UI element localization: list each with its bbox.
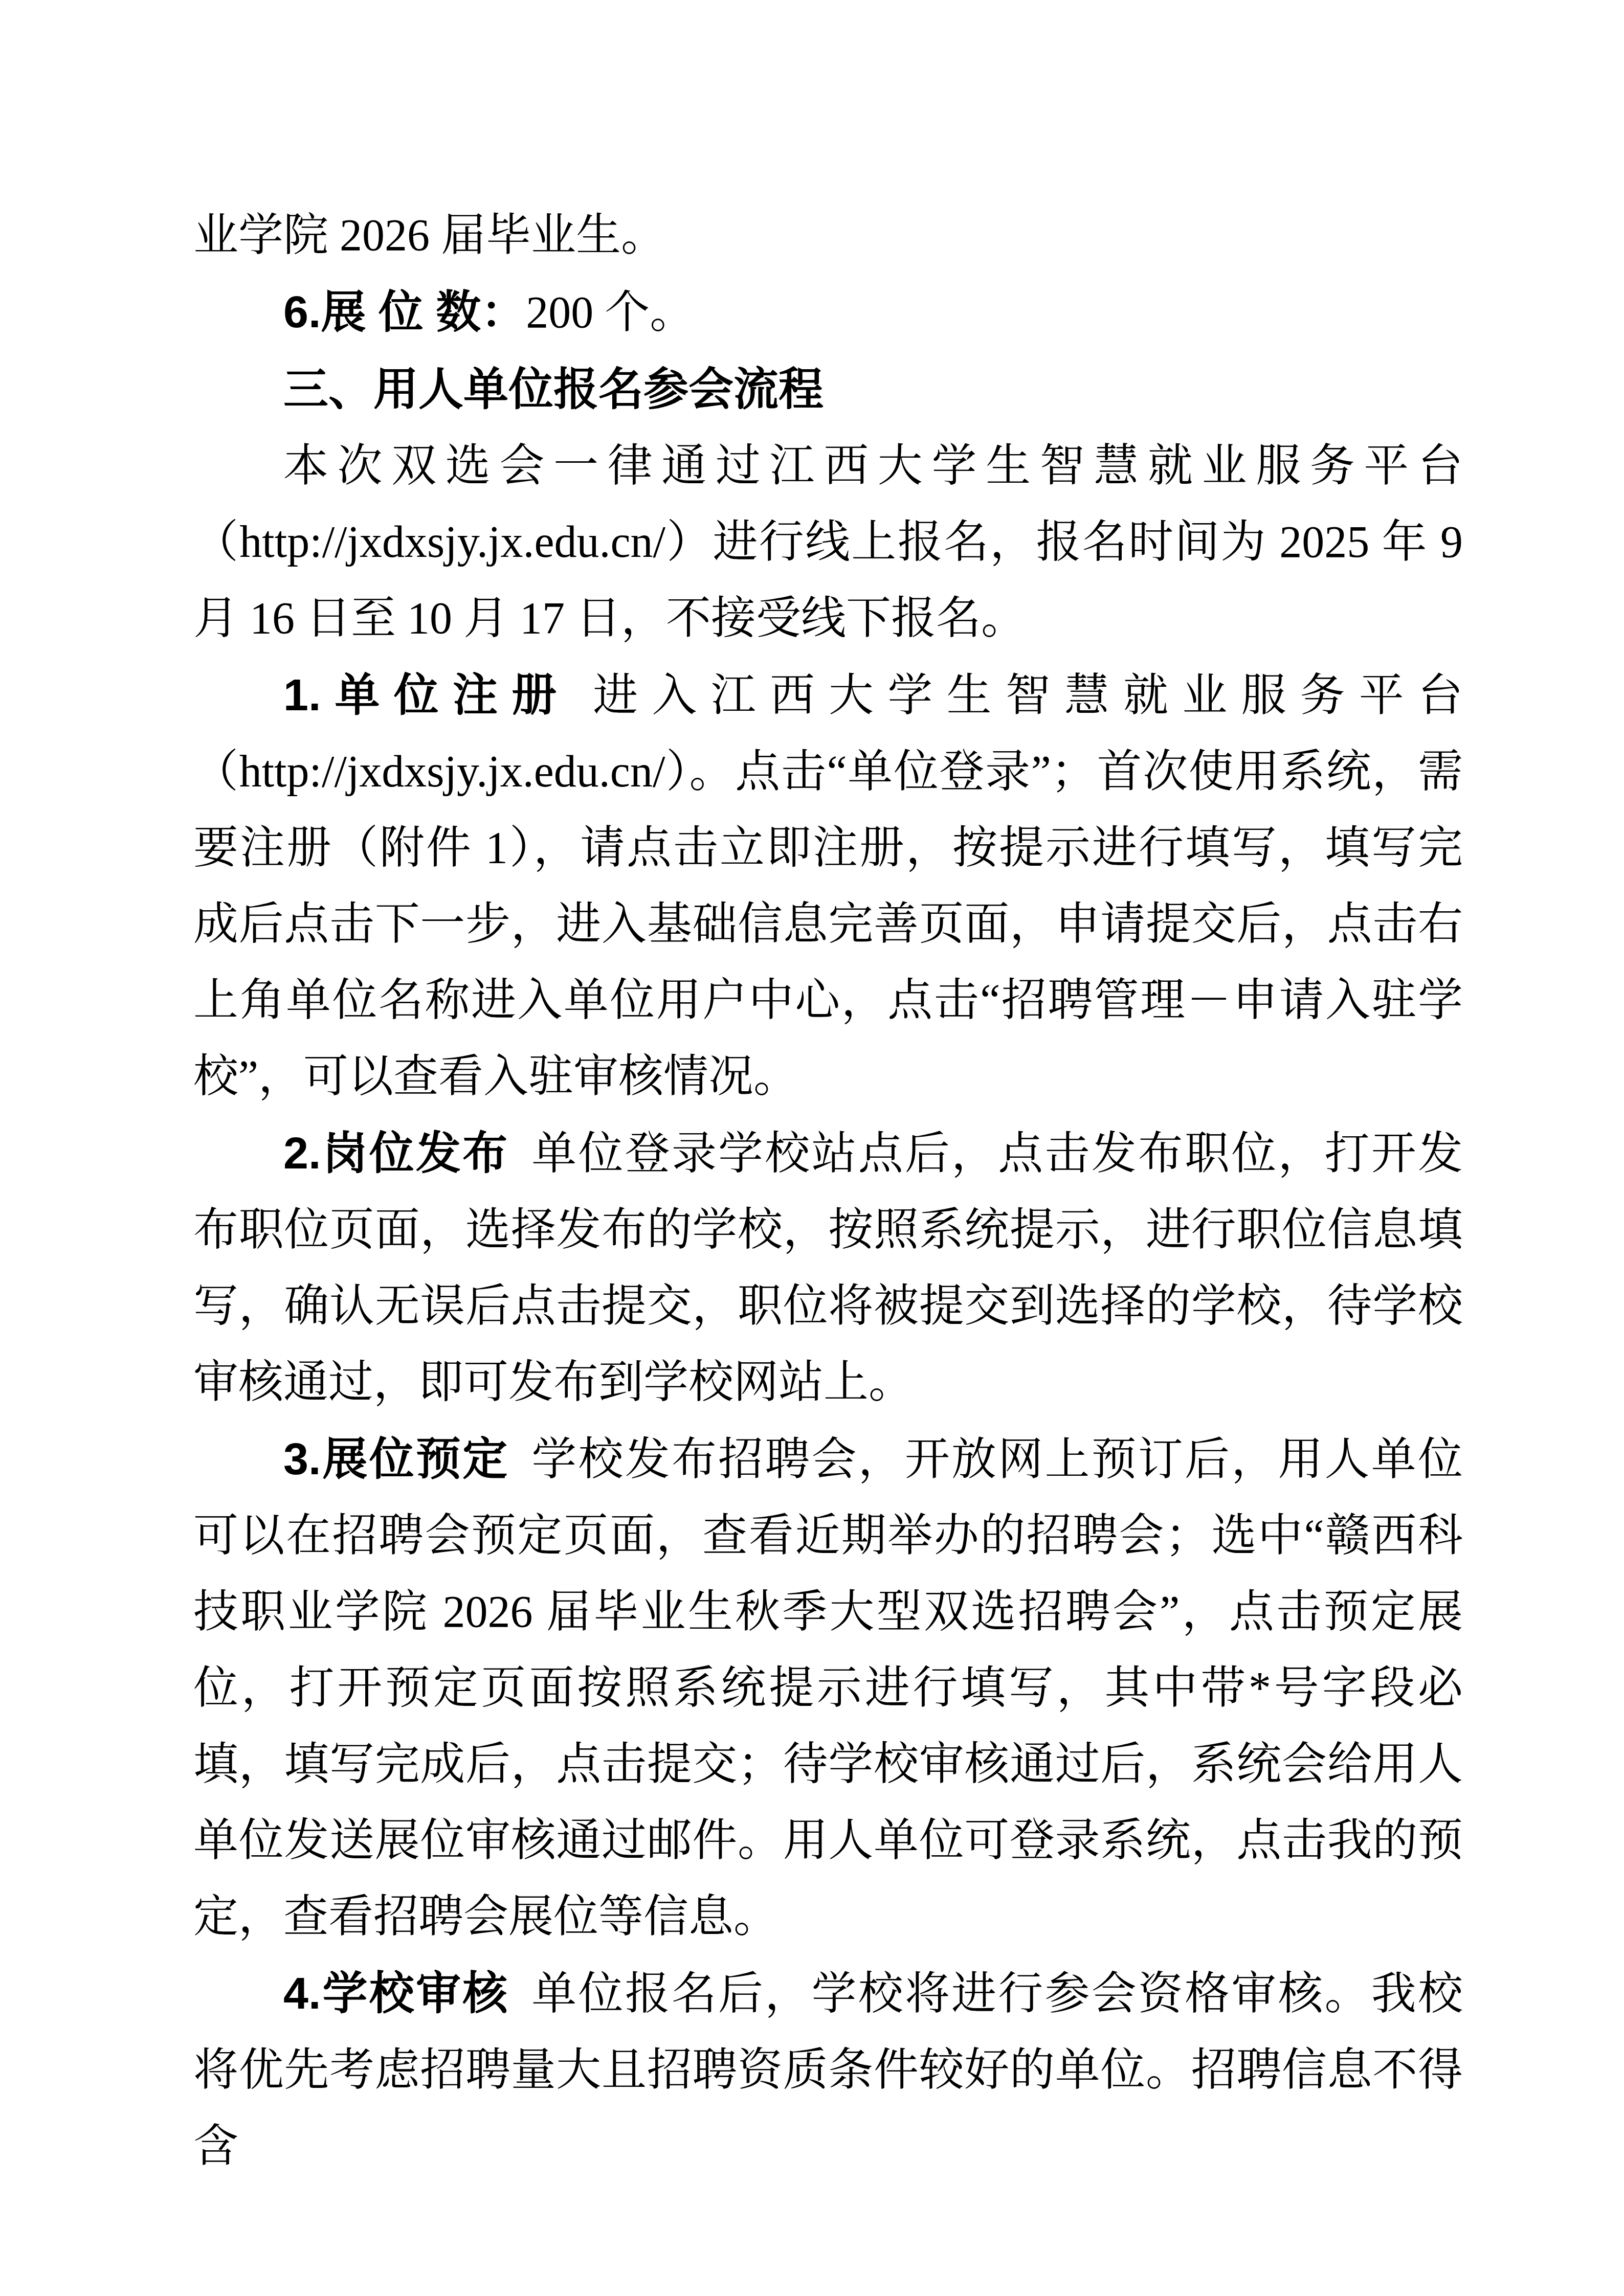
document-page: 业学院 2026 届毕业生。 6.展 位 数：200 个。 三、用人单位报名参会…: [0, 0, 1624, 2296]
run-in-heading-unit-register: 1.单位注册: [283, 669, 570, 720]
document-body: 业学院 2026 届毕业生。 6.展 位 数：200 个。 三、用人单位报名参会…: [193, 197, 1463, 2185]
paragraph-text: 学校发布招聘会，开放网上预订后，用人单位可以在招聘会预定页面，查看近期举办的招聘…: [193, 1435, 1463, 1942]
item-booth-count: 6.展 位 数：200 个。: [193, 274, 1463, 351]
paragraph-job-posting: 2.岗位发布单位登录学校站点后，点击发布职位，打开发布职位页面，选择发布的学校，…: [193, 1115, 1463, 1421]
run-in-heading-school-review: 4.学校审核: [283, 1968, 509, 2018]
paragraph-unit-register: 1.单位注册进入江西大学生智慧就业服务平台（http://jxdxsjy.jx.…: [193, 657, 1463, 1115]
run-in-heading-job-posting: 2.岗位发布: [283, 1128, 509, 1178]
paragraph-booth-reservation: 3.展位预定学校发布招聘会，开放网上预订后，用人单位可以在招聘会预定页面，查看近…: [193, 1421, 1463, 1955]
paragraph-text: 进入江西大学生智慧就业服务平台（http://jxdxsjy.jx.edu.cn…: [193, 671, 1463, 1101]
paragraph-online-registration: 本次双选会一律通过江西大学生智慧就业服务平台（http://jxdxsjy.jx…: [193, 428, 1463, 657]
paragraph-graduates-continuation: 业学院 2026 届毕业生。: [193, 197, 1463, 274]
item-booth-count-label: 6.展 位 数：: [283, 286, 526, 337]
item-booth-count-value: 200 个。: [526, 288, 695, 337]
paragraph-text: 本次双选会一律通过江西大学生智慧就业服务平台（http://jxdxsjy.jx…: [193, 441, 1463, 643]
paragraph-school-review: 4.学校审核单位报名后，学校将进行参会资格审核。我校将优先考虑招聘量大且招聘资质…: [193, 1955, 1463, 2185]
section-heading-registration-process: 三、用人单位报名参会流程: [193, 351, 1463, 428]
section-heading-text: 三、用人单位报名参会流程: [283, 364, 824, 414]
paragraph-text: 业学院 2026 届毕业生。: [193, 211, 666, 260]
run-in-heading-booth-reservation: 3.展位预定: [283, 1433, 509, 1484]
